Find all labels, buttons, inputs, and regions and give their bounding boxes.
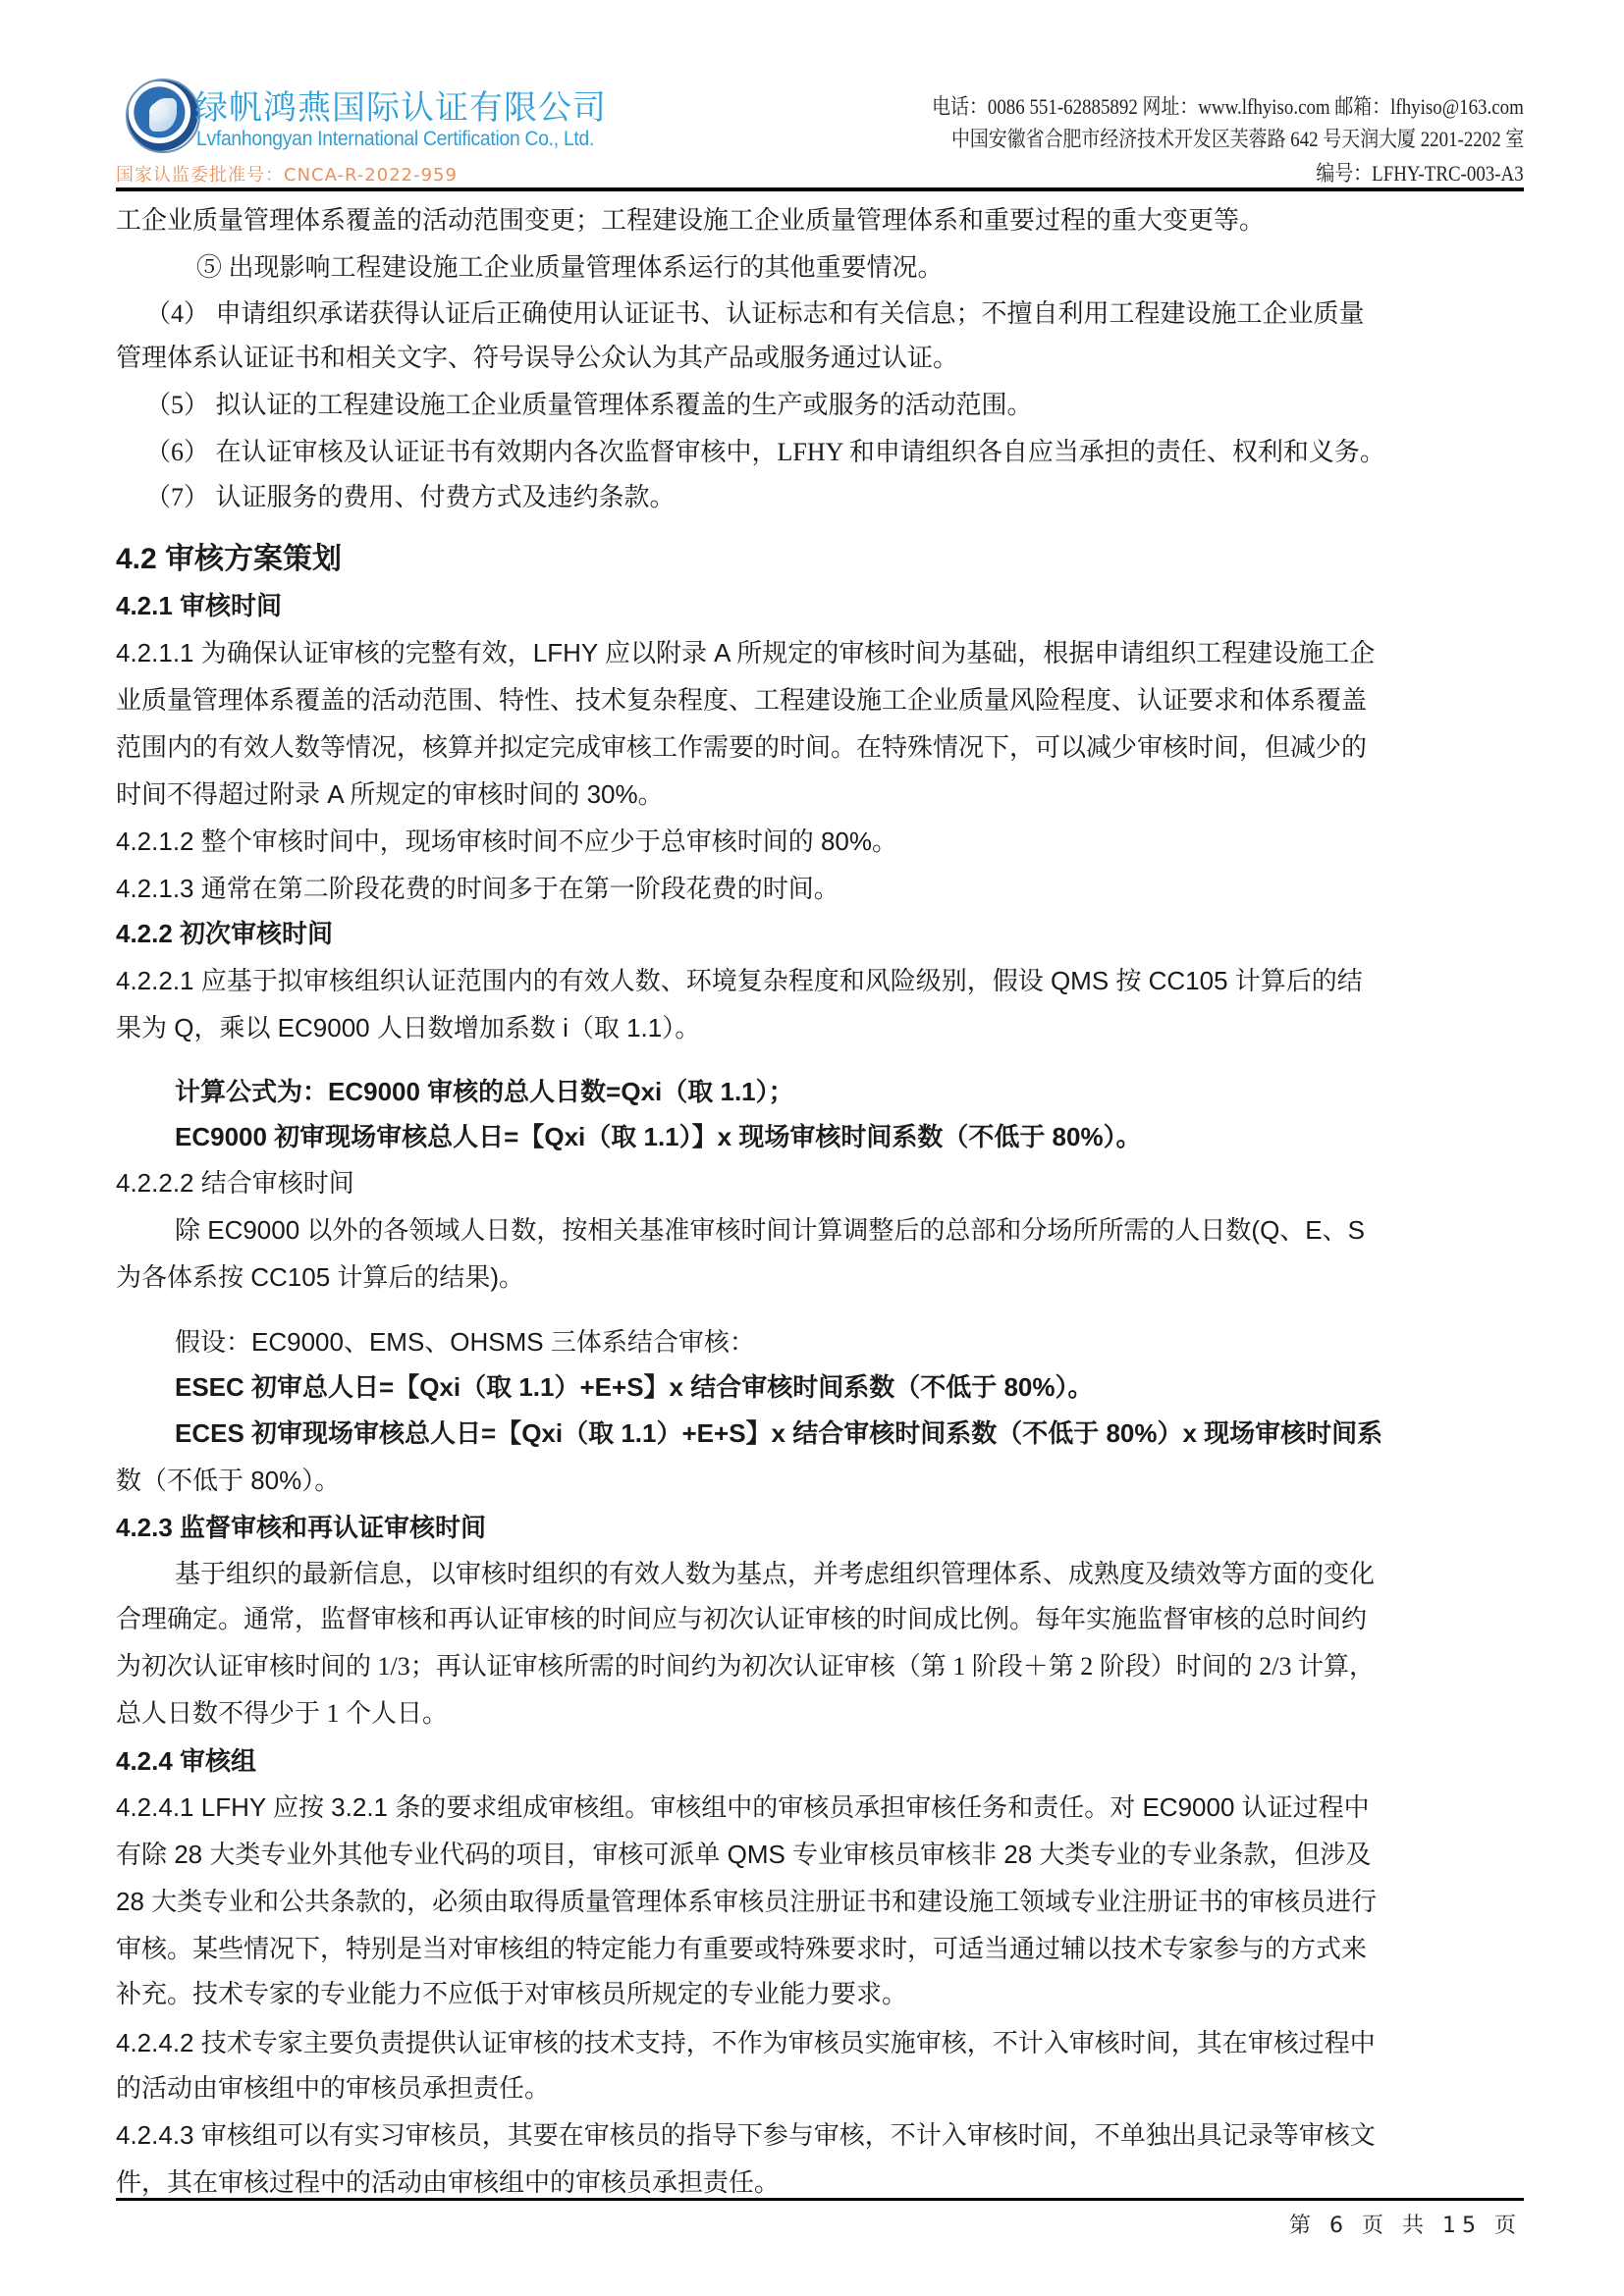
paragraph-line: 总人日数不得少于 1 个人日。 bbox=[116, 1697, 448, 1731]
paragraph-line: 为各体系按 CC105 计算后的结果)。 bbox=[116, 1260, 524, 1294]
section-heading-4-2-4: 4.2.4 审核组 bbox=[116, 1744, 256, 1778]
footer-rule bbox=[116, 2198, 1524, 2201]
company-name-en: Lvfanhongyan International Certification… bbox=[196, 128, 594, 151]
paragraph-line: 管理体系认证证书和相关文字、符号误导公众认为其产品或服务通过认证。 bbox=[116, 342, 958, 375]
logo-emblem-icon bbox=[126, 79, 200, 153]
subsection-label: 4.2.2.2 结合审核时间 bbox=[116, 1166, 354, 1200]
section-heading-4-2-1: 4.2.1 审核时间 bbox=[116, 589, 282, 622]
contact-line: 电话：0086 551-62885892 网址：www.lfhyiso.com … bbox=[932, 90, 1524, 121]
paragraph-line: 审核。某些情况下，特别是当对审核组的特定能力有重要或特殊要求时，可适当通过辅以技… bbox=[116, 1932, 1367, 1965]
section-heading-4-2-2: 4.2.2 初次审核时间 bbox=[116, 917, 333, 950]
paragraph-line: 工企业质量管理体系覆盖的活动范围变更；工程建设施工企业质量管理体系和重要过程的重… bbox=[116, 204, 1265, 238]
paragraph-line: 的活动由审核组中的审核员承担责任。 bbox=[116, 2071, 550, 2105]
paragraph-line: 4.2.1.3 通常在第二阶段花费的时间多于在第一阶段花费的时间。 bbox=[116, 872, 839, 905]
paragraph-line: 有除 28 大类专业外其他专业代码的项目，审核可派单 QMS 专业审核员审核非 … bbox=[116, 1838, 1371, 1871]
paragraph-line: 数（不低于 80%）。 bbox=[116, 1464, 340, 1497]
paragraph-line: 业质量管理体系覆盖的活动范围、特性、技术复杂程度、工程建设施工企业质量风险程度、… bbox=[116, 683, 1367, 717]
paragraph-line: 4.2.1.2 整个审核时间中，现场审核时间不应少于总审核时间的 80%。 bbox=[116, 825, 897, 858]
paragraph-line: 4.2.2.1 应基于拟审核组织认证范围内的有效人数、环境复杂程度和风险级别，假… bbox=[116, 964, 1363, 997]
paragraph-line: 为初次认证审核时间的 1/3；再认证审核所需的时间约为初次认证审核（第 1 阶段… bbox=[116, 1650, 1375, 1683]
paragraph-line: 合理确定。通常，监督审核和再认证审核的时间应与初次认证审核的时间成比例。每年实施… bbox=[116, 1603, 1367, 1636]
paragraph-line: 28 大类专业和公共条款的，必须由取得质量管理体系审核员注册证书和建设施工领域专… bbox=[116, 1885, 1377, 1918]
paragraph-line: 范围内的有效人数等情况，核算并拟定完成审核工作需要的时间。在特殊情况下，可以减少… bbox=[116, 730, 1367, 764]
paragraph-line: 4.2.1.1 为确保认证审核的完整有效，LFHY 应以附录 A 所规定的审核时… bbox=[116, 636, 1375, 669]
section-heading-4-2-3: 4.2.3 监督审核和再认证审核时间 bbox=[116, 1511, 486, 1544]
formula-line: ESEC 初审总人日=【Qxi（取 1.1）+E+S】x 结合审核时间系数（不低… bbox=[175, 1370, 1093, 1404]
formula-line: ECES 初审现场审核总人日=【Qxi（取 1.1）+E+S】x 结合审核时间系… bbox=[175, 1416, 1382, 1450]
paragraph-line: 除 EC9000 以外的各领域人日数，按相关基准审核时间计算调整后的总部和分场所… bbox=[175, 1213, 1365, 1247]
paragraph-line: 4.2.4.1 LFHY 应按 3.2.1 条的要求组成审核组。审核组中的审核员… bbox=[116, 1790, 1370, 1824]
company-name-cn: 绿帆鸿燕国际认证有限公司 bbox=[194, 80, 607, 129]
list-item-4: （4） 申请组织承诺获得认证后正确使用认证证书、认证标志和有关信息；不擅自利用工… bbox=[145, 297, 1365, 331]
paragraph-line: 果为 Q，乘以 EC9000 人日数增加系数 i（取 1.1）。 bbox=[116, 1011, 700, 1044]
paragraph-line: 件，其在审核过程中的活动由审核组中的审核员承担责任。 bbox=[116, 2165, 780, 2199]
list-item-6: （6） 在认证审核及认证证书有效期内各次监督审核中，LFHY 和申请组织各自应当… bbox=[145, 436, 1385, 469]
formula-line: 假设：EC9000、EMS、OHSMS 三体系结合审核： bbox=[175, 1325, 755, 1359]
list-item-5-scope: （5） 拟认证的工程建设施工企业质量管理体系覆盖的生产或服务的活动范围。 bbox=[145, 389, 1033, 422]
paragraph-line: 补充。技术专家的专业能力不应低于对审核员所规定的专业能力要求。 bbox=[116, 1977, 907, 2010]
header-rule bbox=[116, 187, 1524, 191]
formula-line: 计算公式为：EC9000 审核的总人日数=Qxi（取 1.1）； bbox=[175, 1075, 794, 1108]
paragraph-line: 4.2.4.3 审核组可以有实习审核员，其要在审核员的指导下参与审核，不计入审核… bbox=[116, 2118, 1376, 2152]
paragraph-line: 4.2.4.2 技术专家主要负责提供认证审核的技术支持，不作为审核员实施审核，不… bbox=[116, 2026, 1376, 2059]
paragraph-line: 基于组织的最新信息，以审核时组织的有效人数为基点，并考虑组织管理体系、成熟度及绩… bbox=[175, 1558, 1375, 1591]
paragraph-line: 时间不得超过附录 A 所规定的审核时间的 30%。 bbox=[116, 777, 664, 811]
approval-number: 国家认监委批准号：CNCA-R-2022-959 bbox=[116, 161, 458, 187]
list-item-5: ⑤ 出现影响工程建设施工企业质量管理体系运行的其他重要情况。 bbox=[196, 251, 944, 285]
list-item-7: （7） 认证服务的费用、付费方式及违约条款。 bbox=[145, 481, 676, 514]
section-heading-4-2: 4.2 审核方案策划 bbox=[116, 543, 342, 576]
page-number: 第 6 页 共 15 页 bbox=[1289, 2209, 1522, 2239]
document-number: 编号：LFHY-TRC-003-A3 bbox=[1317, 157, 1524, 187]
formula-line: EC9000 初审现场审核总人日=【Qxi（取 1.1）】x 现场审核时间系数（… bbox=[175, 1120, 1142, 1153]
company-logo: 绿帆鸿燕国际认证有限公司 Lvfanhongyan International … bbox=[116, 77, 626, 187]
address-line: 中国安徽省合肥市经济技术开发区芙蓉路 642 号天润大厦 2201-2202 室 bbox=[951, 123, 1524, 153]
